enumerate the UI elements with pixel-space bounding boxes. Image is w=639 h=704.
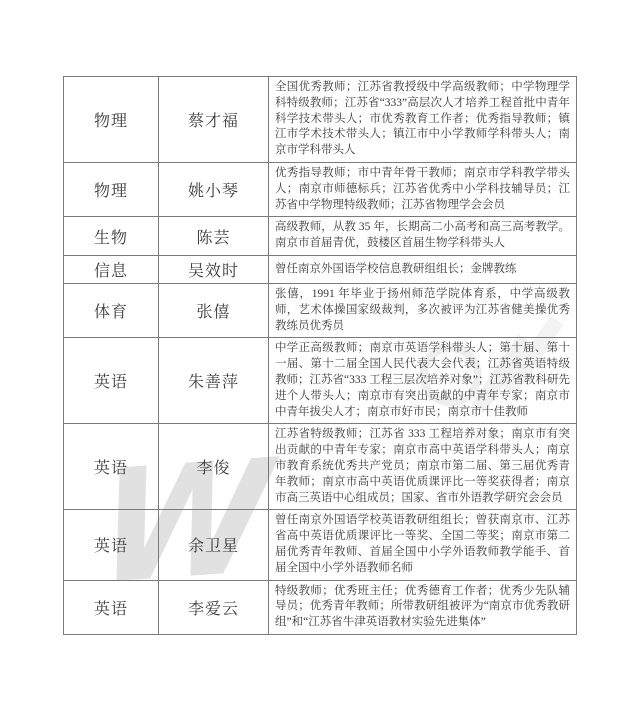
teacher-description-cell: 曾任南京外国语学校英语教研组组长；曾获南京市、江苏省高中英语优质课评比一等奖、全… xyxy=(269,510,577,580)
teacher-name-cell: 姚小琴 xyxy=(159,162,269,216)
teacher-description-cell: 特级教师；优秀班主任；优秀德育工作者；优秀少先队辅导员；优秀青年教师；所带教研组… xyxy=(269,580,577,634)
subject-cell: 物理 xyxy=(64,162,159,216)
teacher-name-cell: 朱善萍 xyxy=(159,338,269,424)
teacher-name-cell: 李俊 xyxy=(159,424,269,510)
subject-cell: 生物 xyxy=(64,217,159,256)
teacher-description-cell: 高级教师，从教 35 年，长期高二小高考和高三高考教学。南京市首届青优，鼓楼区首… xyxy=(269,217,577,256)
teacher-description-cell: 中学正高级教师；南京市英语学科带头人；第十届、第十一届、第十二届全国人民代表大会… xyxy=(269,338,577,424)
teacher-name-cell: 张僖 xyxy=(159,283,269,337)
teacher-description-cell: 曾任南京外国语学校信息教研组组长；金牌教练 xyxy=(269,255,577,283)
teacher-description-cell: 江苏省特级教师；江苏省 333 工程培养对象；南京市有突出贡献的中青年专家；南京… xyxy=(269,424,577,510)
table-row: 英语 余卫星 曾任南京外国语学校英语教研组组长；曾获南京市、江苏省高中英语优质课… xyxy=(64,510,577,580)
teacher-name-cell: 李爱云 xyxy=(159,580,269,634)
subject-cell: 英语 xyxy=(64,338,159,424)
table-row: 信息 吴效时 曾任南京外国语学校信息教研组组长；金牌教练 xyxy=(64,255,577,283)
teacher-name-cell: 蔡才福 xyxy=(159,77,269,163)
table-row: 物理 姚小琴 优秀指导教师；市中青年骨干教师；南京市学科教学带头人；南京市师德标… xyxy=(64,162,577,216)
teachers-table: 物理 蔡才福 全国优秀教师；江苏省教授级中学高级教师；中学物理学科特级教师；江苏… xyxy=(63,76,577,635)
teacher-name-cell: 陈芸 xyxy=(159,217,269,256)
document-page: W 物理 蔡才福 全国优秀教师；江苏省教授级中学高级教师；中学物理学科特级教师；… xyxy=(0,0,639,704)
teacher-name-cell: 余卫星 xyxy=(159,510,269,580)
subject-cell: 信息 xyxy=(64,255,159,283)
subject-cell: 英语 xyxy=(64,580,159,634)
teacher-description-cell: 优秀指导教师；市中青年骨干教师；南京市学科教学带头人；南京市师德标兵；江苏省优秀… xyxy=(269,162,577,216)
table-row: 英语 朱善萍 中学正高级教师；南京市英语学科带头人；第十届、第十一届、第十二届全… xyxy=(64,338,577,424)
table-row: 英语 李俊 江苏省特级教师；江苏省 333 工程培养对象；南京市有突出贡献的中青… xyxy=(64,424,577,510)
teacher-description-cell: 张僖，1991 年毕业于扬州师范学院体育系，中学高级教师，艺术体操国家级裁判，多… xyxy=(269,283,577,337)
table-row: 物理 蔡才福 全国优秀教师；江苏省教授级中学高级教师；中学物理学科特级教师；江苏… xyxy=(64,77,577,163)
table-row: 英语 李爱云 特级教师；优秀班主任；优秀德育工作者；优秀少先队辅导员；优秀青年教… xyxy=(64,580,577,634)
subject-cell: 体育 xyxy=(64,283,159,337)
teacher-name-cell: 吴效时 xyxy=(159,255,269,283)
subject-cell: 英语 xyxy=(64,510,159,580)
table-row: 生物 陈芸 高级教师，从教 35 年，长期高二小高考和高三高考教学。南京市首届青… xyxy=(64,217,577,256)
subject-cell: 物理 xyxy=(64,77,159,163)
subject-cell: 英语 xyxy=(64,424,159,510)
table-row: 体育 张僖 张僖，1991 年毕业于扬州师范学院体育系，中学高级教师，艺术体操国… xyxy=(64,283,577,337)
teacher-description-cell: 全国优秀教师；江苏省教授级中学高级教师；中学物理学科特级教师；江苏省“333”高… xyxy=(269,77,577,163)
